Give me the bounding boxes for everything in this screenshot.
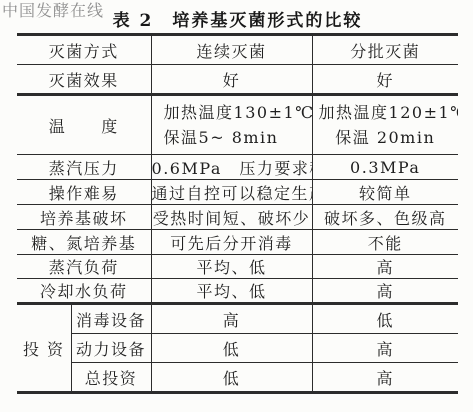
cell-value: 破坏多、色级高 <box>312 205 458 230</box>
row-label: 糖、氮培养基 <box>17 230 151 255</box>
cell-value: 低 <box>312 304 458 334</box>
table-title: 表 2 培养基灭菌形式的比较 <box>17 6 458 31</box>
cell-value: 高 <box>151 304 312 334</box>
cell-value: 平均、低 <box>151 255 312 279</box>
cell-value: 受热时间短、破坏少 <box>151 205 312 230</box>
cell-value: 0.6MPa 压力要求稳定 <box>151 155 312 180</box>
table-row: 培养基破坏 受热时间短、破坏少 破坏多、色级高 <box>17 205 458 230</box>
comparison-table: 灭菌方式 连续灭菌 分批灭菌 灭菌效果 好 好 温 度 加热温度 130±1℃ … <box>17 33 458 394</box>
cell-value: 低 <box>151 334 312 363</box>
row-label: 蒸汽负荷 <box>17 255 151 279</box>
row-label: 蒸汽压力 <box>17 155 151 180</box>
row-label: 消毒设备 <box>71 304 151 334</box>
header-batch: 分批灭菌 <box>312 35 458 65</box>
row-label: 操作难易 <box>17 180 151 205</box>
table-row: 冷却水负荷 平均、低 高 <box>17 279 458 304</box>
header-continuous: 连续灭菌 <box>151 35 312 65</box>
cell-value: 高 <box>312 279 458 304</box>
table-row: 灭菌效果 好 好 <box>17 65 458 95</box>
table-row: 操作难易 通过自控可以稳定生产 较简单 <box>17 180 458 205</box>
temp-heat-value: 130±1℃ <box>234 100 312 125</box>
cell-value: 较简单 <box>312 180 458 205</box>
table-row: 蒸汽压力 0.6MPa 压力要求稳定 0.3MPa <box>17 155 458 180</box>
table-row: 灭菌方式 连续灭菌 分批灭菌 <box>17 35 458 65</box>
cell-value: 通过自控可以稳定生产 <box>151 180 312 205</box>
cell-value: 加热温度 120±1℃ 保温 20min <box>312 95 458 155</box>
cell-value: 不能 <box>312 230 458 255</box>
cell-value: 可先后分开消毒 <box>151 230 312 255</box>
row-label: 动力设备 <box>71 334 151 363</box>
cell-value: 好 <box>151 65 312 95</box>
row-label: 总投资 <box>71 363 151 393</box>
investment-group-label: 投 资 <box>17 304 71 393</box>
row-label: 冷却水负荷 <box>17 279 151 304</box>
row-label: 灭菌效果 <box>17 65 151 95</box>
cell-value: 0.3MPa <box>312 155 458 180</box>
cell-value: 平均、低 <box>151 279 312 304</box>
table-row: 蒸汽负荷 平均、低 高 <box>17 255 458 279</box>
cell-value: 好 <box>312 65 458 95</box>
temp-heat-label: 加热温度 <box>319 100 389 125</box>
table-row: 投 资 消毒设备 高 低 <box>17 304 458 334</box>
temp-hold-label: 保温 <box>164 125 199 150</box>
temp-hold-value: 5~ 8min <box>199 125 279 150</box>
header-method: 灭菌方式 <box>17 35 151 65</box>
temp-hold-line: 保温 20min <box>313 125 459 150</box>
cell-value: 低 <box>151 363 312 393</box>
temp-heat-value: 120±1℃ <box>389 100 458 125</box>
temp-heat-label: 加热温度 <box>164 100 234 125</box>
table-row: 温 度 加热温度 130±1℃ 保温 5~ 8min 加热温度 120±1℃ 保… <box>17 95 458 155</box>
cell-value: 高 <box>312 255 458 279</box>
cell-value: 加热温度 130±1℃ 保温 5~ 8min <box>151 95 312 155</box>
cell-value: 高 <box>312 363 458 393</box>
row-label: 培养基破坏 <box>17 205 151 230</box>
cell-value: 高 <box>312 334 458 363</box>
table-row: 总投资 低 高 <box>17 363 458 393</box>
table-row: 糖、氮培养基 可先后分开消毒 不能 <box>17 230 458 255</box>
row-label: 温 度 <box>17 95 151 155</box>
table-row: 动力设备 低 高 <box>17 334 458 363</box>
